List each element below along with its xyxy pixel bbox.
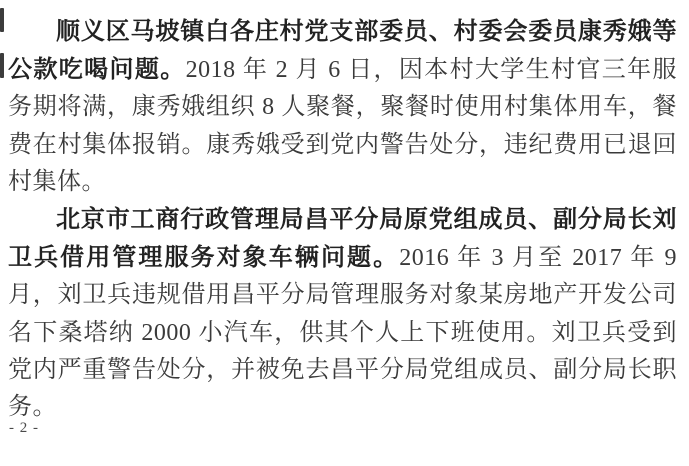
paragraph-case-kangxiue: 顺义区马坡镇白各庄村党支部委员、村委会委员康秀娥等公款吃喝问题。2018 年 2… <box>8 13 677 201</box>
document-page: 顺义区马坡镇白各庄村党支部委员、村委会委员康秀娥等公款吃喝问题。2018 年 2… <box>0 0 689 466</box>
paragraph-case-liuweibing: 北京市工商行政管理局昌平分局原党组成员、副分局长刘卫兵借用管理服务对象车辆问题。… <box>8 201 677 426</box>
paragraph-body-text: 2016 年 3 月至 2017 年 9 月，刘卫兵违规借用昌平分局管理服务对象… <box>8 245 677 420</box>
scan-artifact-mark <box>0 8 4 32</box>
scan-artifact-mark <box>0 53 4 78</box>
document-body: 顺义区马坡镇白各庄村党支部委员、村委会委员康秀娥等公款吃喝问题。2018 年 2… <box>8 13 677 426</box>
page-number: - 2 - <box>9 420 39 437</box>
